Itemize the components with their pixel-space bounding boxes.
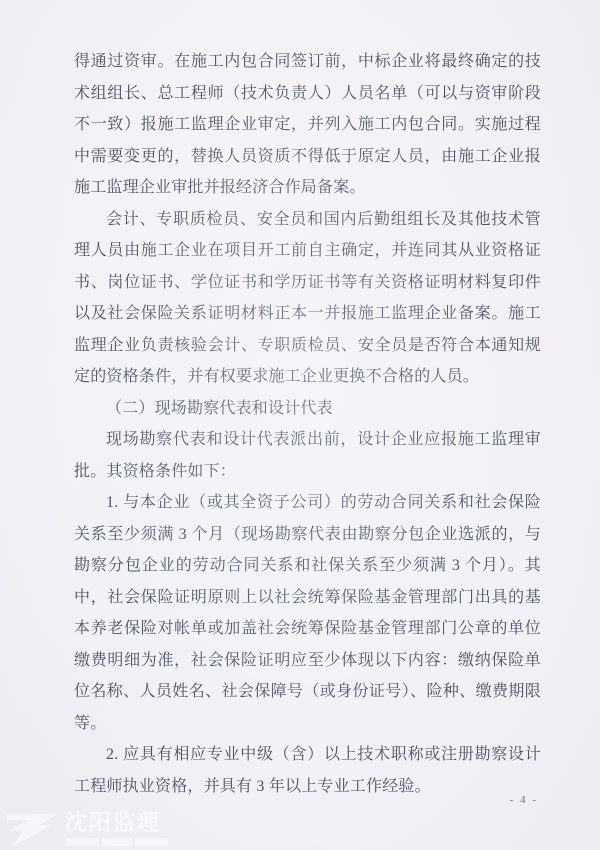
shenyang-supervision-logo-icon: [6, 810, 62, 848]
section-heading: （二）现场勘察代表和设计代表: [74, 393, 541, 425]
scanned-document-page: 得通过资审。在施工内包合同签订前，中标企业将最终确定的技术组组长、总工程师（技术…: [0, 0, 600, 850]
paragraph: 会计、专职质检员、安全员和国内后勤组组长及其他技术管理人员由施工企业在项目开工前…: [74, 204, 541, 393]
watermark-subtext-blocks: [65, 838, 168, 846]
paragraph: 得通过资审。在施工内包合同签订前，中标企业将最终确定的技术组组长、总工程师（技术…: [74, 46, 541, 204]
shenyang-supervision-watermark: 沈阳监理: [6, 810, 168, 848]
page-number: - 4 -: [510, 794, 538, 806]
paragraph: 现场勘察代表和设计代表派出前，设计企业应报施工监理审批。其资格条件如下：: [74, 424, 541, 487]
document-body: 得通过资审。在施工内包合同签订前，中标企业将最终确定的技术组组长、总工程师（技术…: [74, 46, 541, 802]
numbered-item-2: 2. 应具有相应专业中级（含）以上技术职称或注册勘察设计工程师执业资格，并具有 …: [74, 739, 541, 802]
watermark-logo-text: 沈阳监理: [65, 810, 168, 836]
numbered-item-1: 1. 与本企业（或其全资子公司）的劳动合同关系和社会保险关系至少须满 3 个月（…: [74, 487, 541, 739]
